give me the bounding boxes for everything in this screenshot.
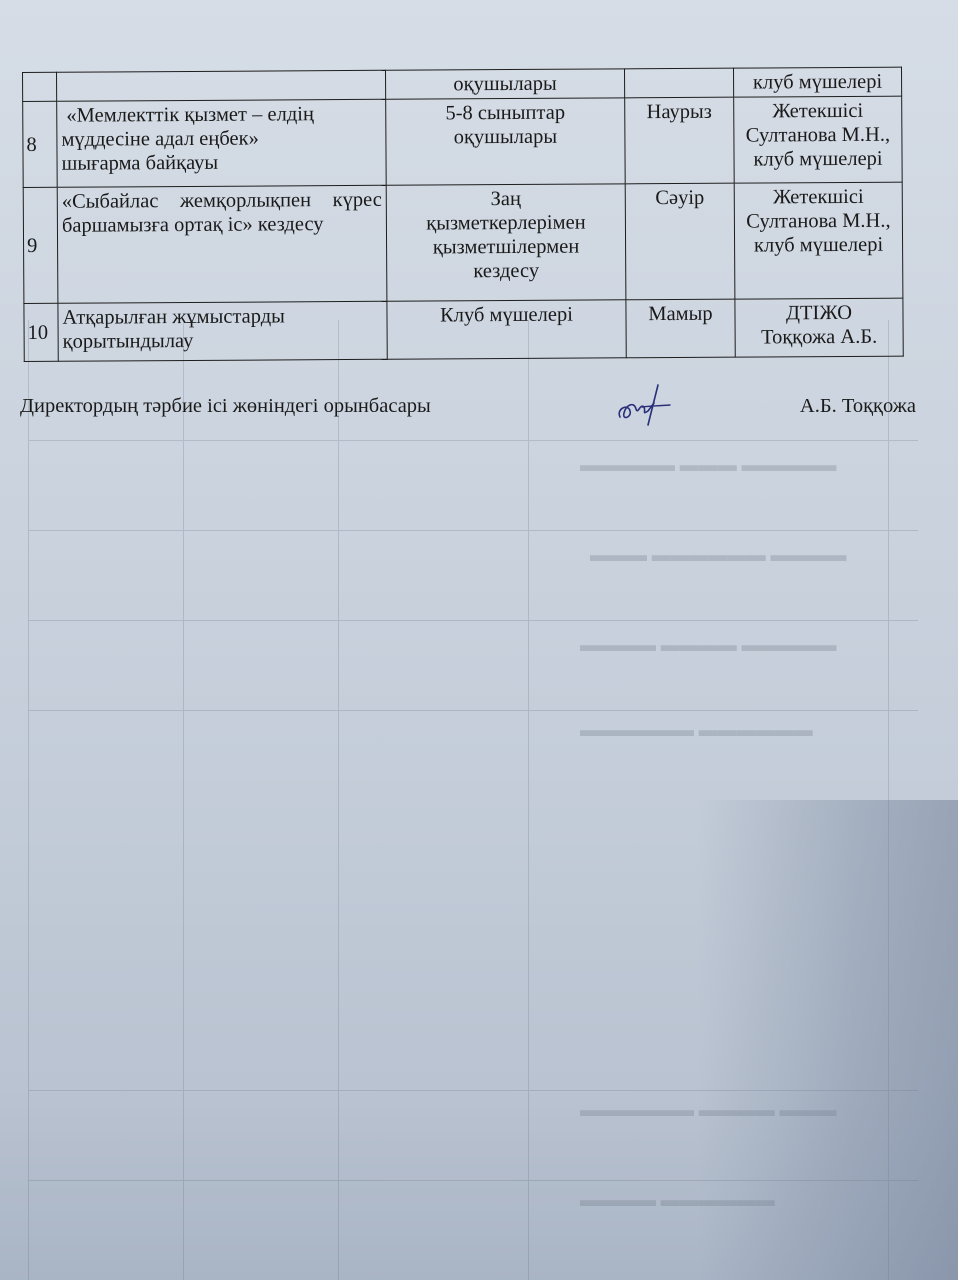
bleed-through-text: ▬▬▬▬▬ ▬▬▬ ▬▬▬▬▬ [580, 455, 837, 477]
responsible-line: Жетекшісі [738, 99, 897, 124]
event-line: шығарма байқауы [61, 150, 381, 176]
date-cell: Мамыр [626, 299, 735, 358]
responsible-line: клуб мүшелері [739, 233, 898, 258]
signature-icon [614, 381, 678, 429]
table-row: 9 «Сыбайлас жемқорлықпен күрес баршамызғ… [23, 182, 903, 303]
target-line: 5-8 сыныптар [390, 100, 620, 125]
responsible-line: клуб мүшелері [738, 147, 897, 172]
signatory-position: Директордың тәрбие ісі жөніндегі орынбас… [20, 395, 431, 418]
date-cell: Сәуір [625, 183, 735, 300]
table-row: 8 «Мемлекттік қызмет – елдің мүддесіне а… [23, 96, 903, 187]
target-audience-cell: оқушылары [385, 69, 624, 99]
signature-block: Директордың тәрбие ісі жөніндегі орынбас… [20, 395, 900, 435]
row-number [23, 72, 57, 101]
target-audience-cell: 5-8 сыныптар оқушылары [386, 98, 626, 185]
event-cell: Атқарылған жұмыстарды қорытындылау [58, 301, 387, 361]
event-plan-table: оқушылары клуб мүшелері 8 «Мемлекттік қы… [22, 67, 904, 362]
event-line: мүддесіне адал еңбек» [61, 126, 381, 152]
event-line: Атқарылған жұмыстарды [62, 304, 382, 330]
event-line: қорытындылау [63, 328, 383, 354]
row-number: 9 [23, 187, 58, 303]
responsible-cell: ДТІЖО Тоққожа А.Б. [735, 298, 903, 357]
date-cell [624, 68, 733, 98]
bleed-through-text: ▬▬▬▬ ▬▬▬▬▬▬ ▬▬▬ [590, 545, 847, 567]
responsible-cell: Жетекшісі Султанова М.Н., клуб мүшелері [734, 182, 903, 299]
target-audience-cell: Клуб мүшелері [387, 300, 626, 359]
target-line: қызметкерлерімен [391, 210, 621, 235]
event-line: «Мемлекттік қызмет – елдің [61, 102, 381, 128]
bleed-through-text: ▬▬▬▬▬▬ ▬▬▬▬▬▬ [580, 720, 813, 742]
event-cell: «Сыбайлас жемқорлықпен күрес баршамызға … [57, 185, 387, 303]
date-cell: Наурыз [625, 97, 735, 184]
event-cell: «Мемлекттік қызмет – елдің мүддесіне ада… [57, 99, 387, 187]
target-line: оқушылары [390, 124, 620, 149]
lighting-shadow [698, 800, 958, 1280]
responsible-line: Тоққожа А.Б. [740, 325, 899, 350]
target-line: кездесу [391, 258, 621, 283]
table-row: 10 Атқарылған жұмыстарды қорытындылау Кл… [24, 298, 903, 361]
signatory-name: А.Б. Тоққожа [800, 395, 916, 418]
bleed-through-text: ▬▬▬▬▬▬ ▬▬▬▬ [580, 1190, 775, 1212]
bleed-through-text: ▬▬▬ ▬▬▬▬ ▬▬▬▬▬▬ [580, 1100, 837, 1122]
row-number: 8 [23, 101, 58, 187]
responsible-line: Султанова М.Н., [738, 123, 897, 148]
responsible-line: Султанова М.Н., [739, 209, 898, 234]
target-line: Заң [391, 186, 621, 211]
bleed-through-text: ▬▬▬▬▬ ▬▬▬▬ ▬▬▬▬ [580, 635, 837, 657]
event-cell [57, 70, 386, 101]
responsible-line: ДТІЖО [739, 301, 898, 326]
target-line: қызметшілермен [391, 234, 621, 259]
responsible-cell: Жетекшісі Султанова М.Н., клуб мүшелері [734, 96, 903, 183]
responsible-line: Жетекшісі [739, 185, 898, 210]
document-page: ▬▬▬▬▬ ▬▬▬ ▬▬▬▬▬ ▬▬▬▬ ▬▬▬▬▬▬ ▬▬▬ ▬▬▬▬▬ ▬▬… [0, 0, 958, 1280]
target-audience-cell: Заң қызметкерлерімен қызметшілермен кезд… [386, 184, 626, 301]
bleed-through-texture [28, 320, 918, 1280]
row-number: 10 [24, 303, 58, 361]
responsible-cell: клуб мүшелері [733, 67, 901, 97]
